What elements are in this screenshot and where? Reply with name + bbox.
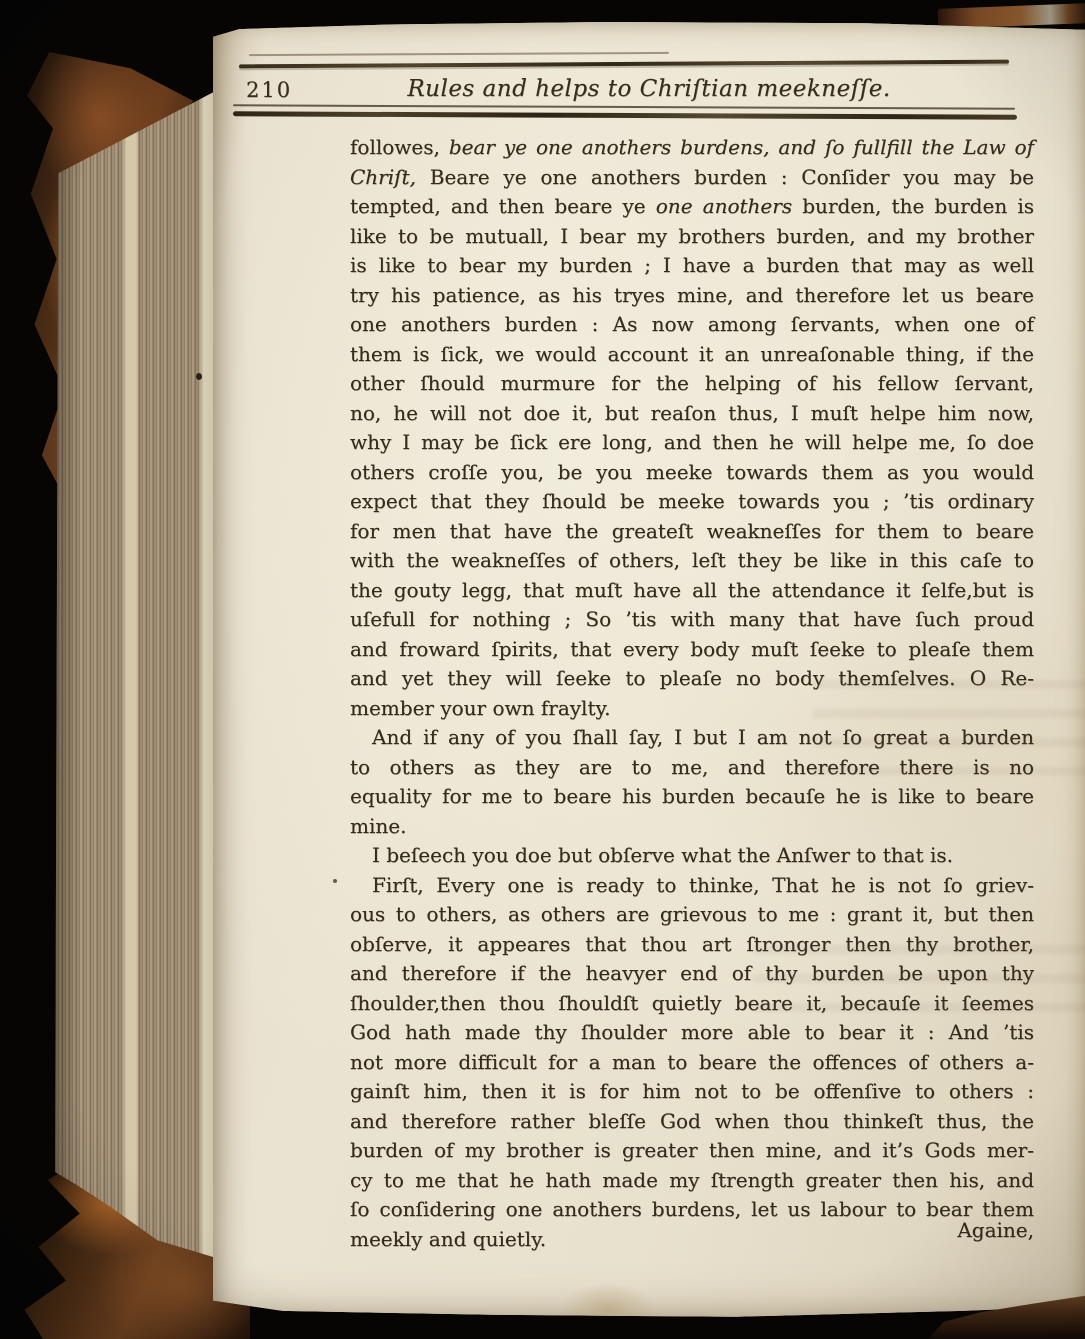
text-line: is like to bear my burden ; I have a bur… [350,251,1034,281]
text-line: mine. [350,812,1034,842]
text-line: uſefull for nothing ; So ’tis with many … [350,605,1034,635]
text-line: Firſt, Every one is ready to thinke, Tha… [350,871,1034,901]
text-line: gainſt him, then it is for him not to be… [350,1077,1034,1107]
ink-bleed-through [753,945,1085,1013]
catchword: Againe, [957,1216,1034,1246]
text-line: meekly and quietly. [350,1225,1034,1255]
text-line: try his patience, as his tryes mine, and… [350,281,1034,311]
header-rule-top [239,60,1009,69]
paper-stain [543,1272,673,1339]
text-line: one anothers burden : As now among ſerva… [350,310,1034,340]
text-line: why I may be ſick ere long, and then he … [350,428,1034,458]
text-line: ſo conſidering one anothers burdens, let… [350,1195,1034,1225]
text-line: other ſhould murmure for the helping of … [350,369,1034,399]
page-header: 210 Rules and helps to Chriſtian meekneſ… [213,76,1085,108]
binding-sliver-top-right [938,3,1085,29]
text-line: God hath made thy ſhoulder more able to … [350,1018,1034,1048]
text-line: others croſſe you, be you meeke towards … [350,458,1034,488]
text-line: ous to others, as others are grievous to… [350,900,1034,930]
running-title: Rules and helps to Chriſtian meekneſſe. [213,76,1085,102]
ink-speck [333,879,337,883]
text-line: like to be mutuall, I bear my brothers b… [350,222,1034,252]
photo-of-book-page: { "header": { "page_number": "210", "run… [0,0,1085,1339]
text-line: and froward ſpirits, that every body muſ… [350,635,1034,665]
header-rule-double-thick [233,111,1017,119]
book-page: 210 Rules and helps to Chriſtian meekneſ… [213,20,1085,1320]
ink-bleed-through [813,680,1085,775]
text-line: cy to me that he hath made my ſtrength g… [350,1166,1034,1196]
text-line: with the weakneſſes of others, leſt they… [350,546,1034,576]
text-line: followes, bear ye one anothers burdens, … [350,133,1034,163]
book-fore-edge-pages [55,84,220,1259]
text-line: for men that have the greateſt weakneſſe… [350,517,1034,547]
header-rule-faint [249,52,669,56]
text-line: tempted, and then beare ye one anothers … [350,192,1034,222]
text-line: burden of my brother is greater then min… [350,1136,1034,1166]
text-line: Chriſt, Beare ye one anothers burden : C… [350,163,1034,193]
text-line: no, he will not doe it, but reaſon thus,… [350,399,1034,429]
text-line: not more difficult for a man to beare th… [350,1048,1034,1078]
text-line: equality for me to beare his burden beca… [350,782,1034,812]
text-line: expect that they ſhould be meeke towards… [350,487,1034,517]
ink-speck [196,373,202,380]
text-line: the gouty legg, that muſt have all the a… [350,576,1034,606]
text-line: I beſeech you doe but obſerve what the A… [350,841,1034,871]
text-line: them is ſick, we would account it an unr… [350,340,1034,370]
text-line: and therefore rather bleſſe God when tho… [350,1107,1034,1137]
